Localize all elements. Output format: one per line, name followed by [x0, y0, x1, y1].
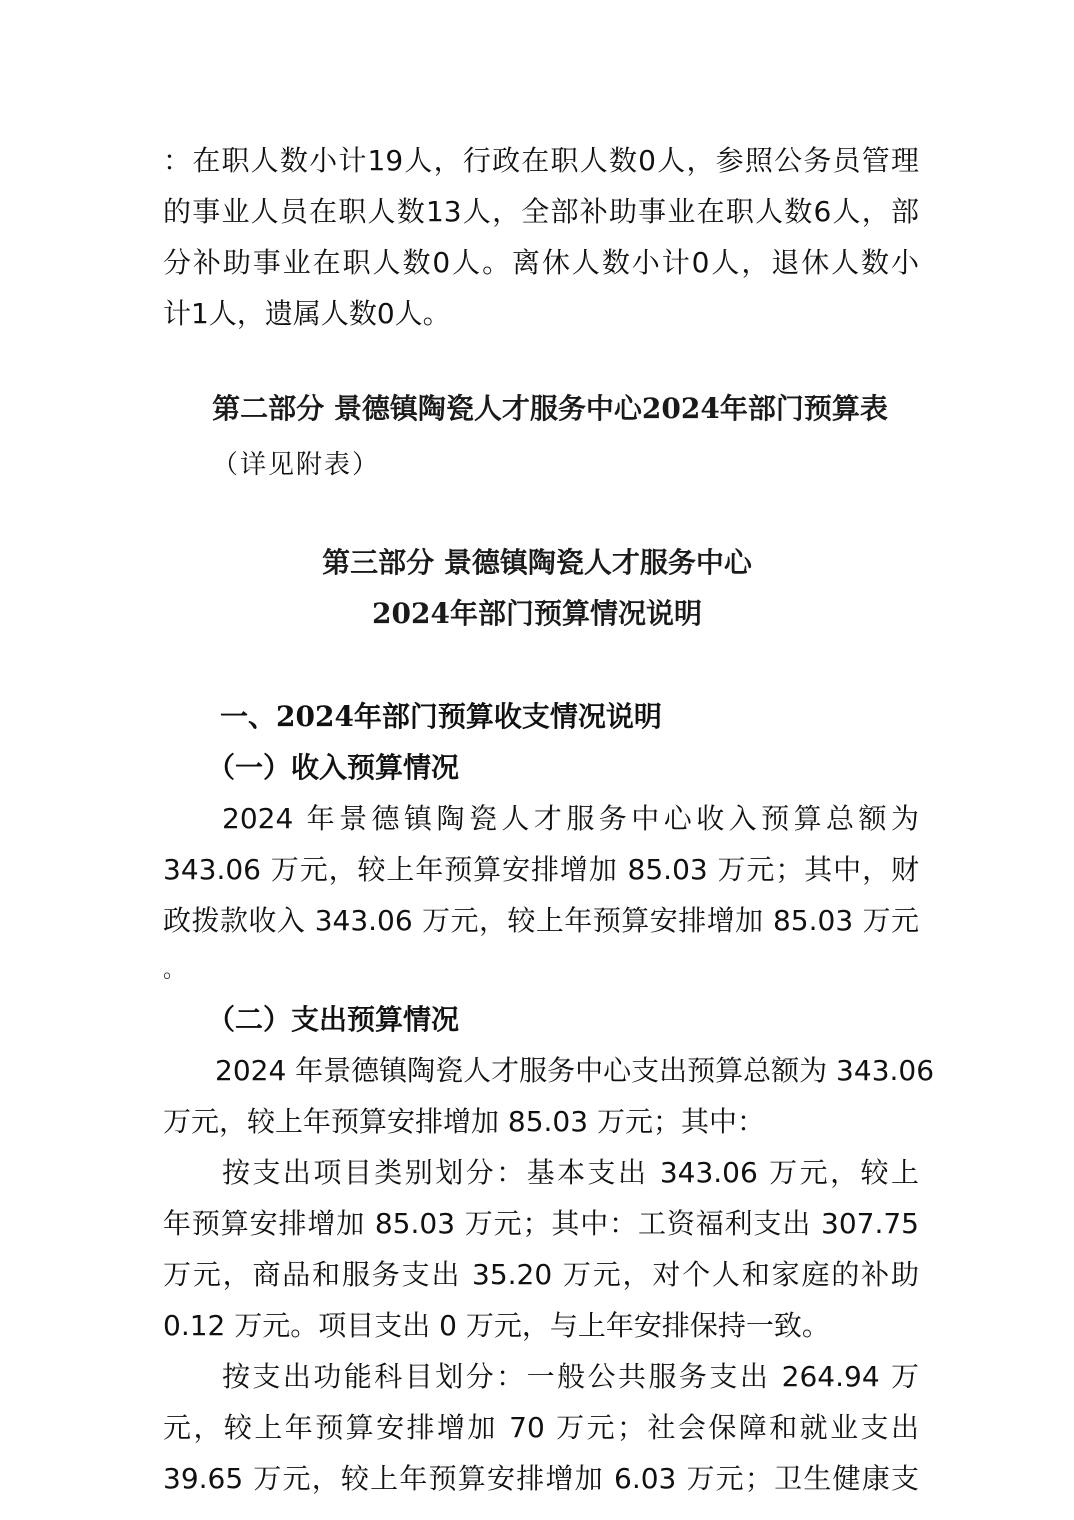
income-paragraph-line-3: 政拨款收入 343.06 万元，较上年预算安排增加 85.03 万元: [163, 904, 919, 938]
income-heading: （一）收入预算情况: [207, 751, 459, 785]
expense-paragraph-line-1: 2024 年景德镇陶瓷人才服务中心支出预算总额为 343.06: [215, 1054, 919, 1088]
income-paragraph-line-2: 343.06 万元，较上年预算安排增加 85.03 万元；其中，财: [163, 853, 919, 887]
document-page: ：在职人数小计19人，行政在职人数0人，参照公务员管理 的事业人员在职人数13人…: [0, 0, 1074, 1520]
expense-function-line-1: 按支出功能科目划分：一般公共服务支出 264.94 万: [222, 1360, 919, 1394]
expense-function-line-3: 39.65 万元，较上年预算安排增加 6.03 万元；卫生健康支: [163, 1462, 919, 1496]
expense-category-line-2: 年预算安排增加 85.03 万元；其中：工资福利支出 307.75: [163, 1207, 919, 1241]
staff-paragraph-line-2: 的事业人员在职人数13人，全部补助事业在职人数6人，部: [163, 195, 919, 229]
expense-paragraph-line-2: 万元，较上年预算安排增加 85.03 万元；其中：: [163, 1105, 919, 1139]
expense-category-line-4: 0.12 万元。项目支出 0 万元，与上年安排保持一致。: [163, 1309, 919, 1343]
part2-note: （详见附表）: [212, 448, 380, 482]
staff-paragraph-line-3: 分补助事业在职人数0人。离休人数小计0人，退休人数小: [163, 246, 919, 280]
part2-title: 第二部分 景德镇陶瓷人才服务中心2024年部门预算表: [0, 392, 1074, 426]
expense-category-line-3: 万元，商品和服务支出 35.20 万元，对个人和家庭的补助: [163, 1258, 919, 1292]
part3-title-line-2: 2024年部门预算情况说明: [0, 597, 1074, 631]
part3-title-line-1: 第三部分 景德镇陶瓷人才服务中心: [0, 546, 1074, 580]
staff-paragraph-line-4: 计1人，遗属人数0人。: [163, 297, 919, 331]
expense-category-line-1: 按支出项目类别划分：基本支出 343.06 万元，较上: [222, 1156, 919, 1190]
expense-function-line-2: 元，较上年预算安排增加 70 万元；社会保障和就业支出: [163, 1411, 919, 1445]
expense-heading: （二）支出预算情况: [207, 1003, 459, 1037]
income-paragraph-line-1: 2024 年景德镇陶瓷人才服务中心收入预算总额为: [222, 802, 919, 836]
income-paragraph-end-period: 。: [163, 960, 185, 982]
section1-heading: 一、2024年部门预算收支情况说明: [220, 700, 662, 734]
staff-paragraph-line-1: ：在职人数小计19人，行政在职人数0人，参照公务员管理: [163, 144, 919, 178]
